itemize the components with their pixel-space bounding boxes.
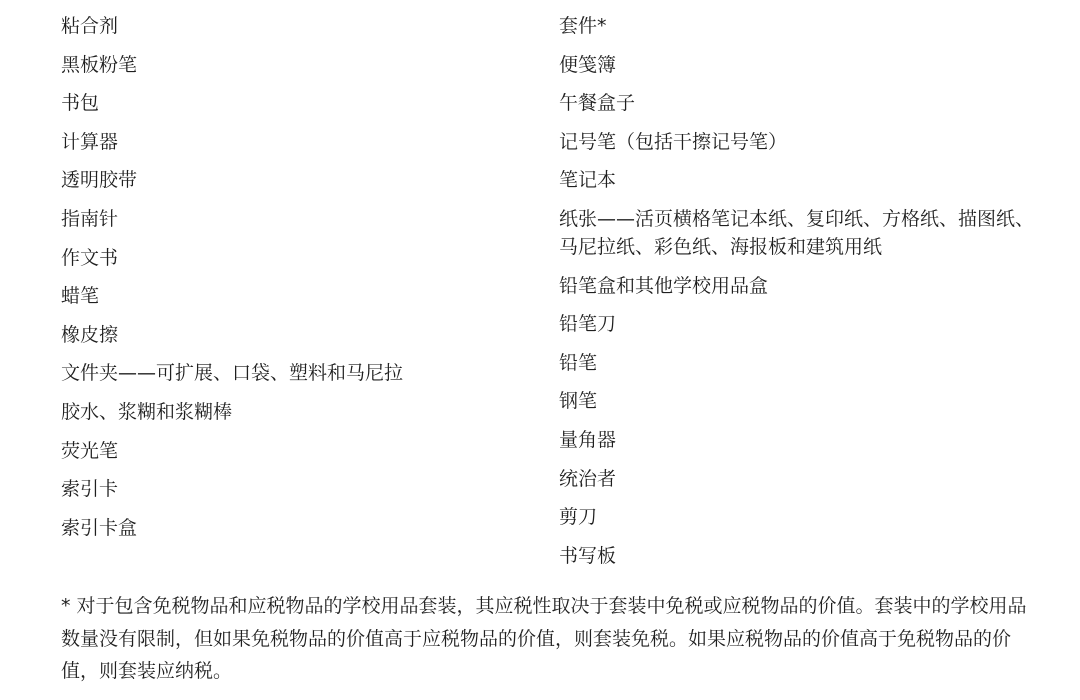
list-item: 午餐盒子	[559, 89, 1041, 117]
list-item: 统治者	[559, 465, 1041, 493]
list-item: 粘合剂	[61, 12, 559, 40]
list-item: 剪刀	[559, 503, 1041, 531]
list-item: 蜡笔	[61, 282, 559, 310]
right-column: 套件* 便笺簿 午餐盒子 记号笔（包括干擦记号笔） 笔记本 纸张——活页横格笔记…	[559, 12, 1041, 580]
list-item: 指南针	[61, 205, 559, 233]
list-item: 套件*	[559, 12, 1041, 40]
list-item: 文件夹——可扩展、口袋、塑料和马尼拉	[61, 359, 559, 387]
list-item: 作文书	[61, 244, 559, 272]
list-item: 钢笔	[559, 387, 1041, 415]
list-item: 书包	[61, 89, 559, 117]
list-item: 便笺簿	[559, 51, 1041, 79]
left-item-list: 粘合剂 黑板粉笔 书包 计算器 透明胶带 指南针 作文书 蜡笔 橡皮擦 文件夹—…	[61, 12, 559, 542]
list-item: 铅笔盒和其他学校用品盒	[559, 272, 1041, 300]
school-supplies-list: 粘合剂 黑板粉笔 书包 计算器 透明胶带 指南针 作文书 蜡笔 橡皮擦 文件夹—…	[61, 12, 1041, 580]
list-item: 记号笔（包括干擦记号笔）	[559, 128, 1041, 156]
list-item: 计算器	[61, 128, 559, 156]
list-item: 索引卡	[61, 475, 559, 503]
list-item: 胶水、浆糊和浆糊棒	[61, 398, 559, 426]
list-item: 纸张——活页横格笔记本纸、复印纸、方格纸、描图纸、马尼拉纸、彩色纸、海报板和建筑…	[559, 205, 1041, 261]
footnote-paragraph: * 对于包含免税物品和应税物品的学校用品套装，其应税性取决于套装中免税或应税物品…	[61, 590, 1041, 688]
list-item: 铅笔刀	[559, 310, 1041, 338]
list-item: 黑板粉笔	[61, 51, 559, 79]
right-item-list: 套件* 便笺簿 午餐盒子 记号笔（包括干擦记号笔） 笔记本 纸张——活页横格笔记…	[559, 12, 1041, 570]
list-item: 量角器	[559, 426, 1041, 454]
left-column: 粘合剂 黑板粉笔 书包 计算器 透明胶带 指南针 作文书 蜡笔 橡皮擦 文件夹—…	[61, 12, 559, 580]
list-item: 书写板	[559, 542, 1041, 570]
list-item: 铅笔	[559, 349, 1041, 377]
list-item: 橡皮擦	[61, 321, 559, 349]
list-item: 索引卡盒	[61, 514, 559, 542]
list-item: 荧光笔	[61, 437, 559, 465]
list-item: 透明胶带	[61, 166, 559, 194]
list-item: 笔记本	[559, 166, 1041, 194]
